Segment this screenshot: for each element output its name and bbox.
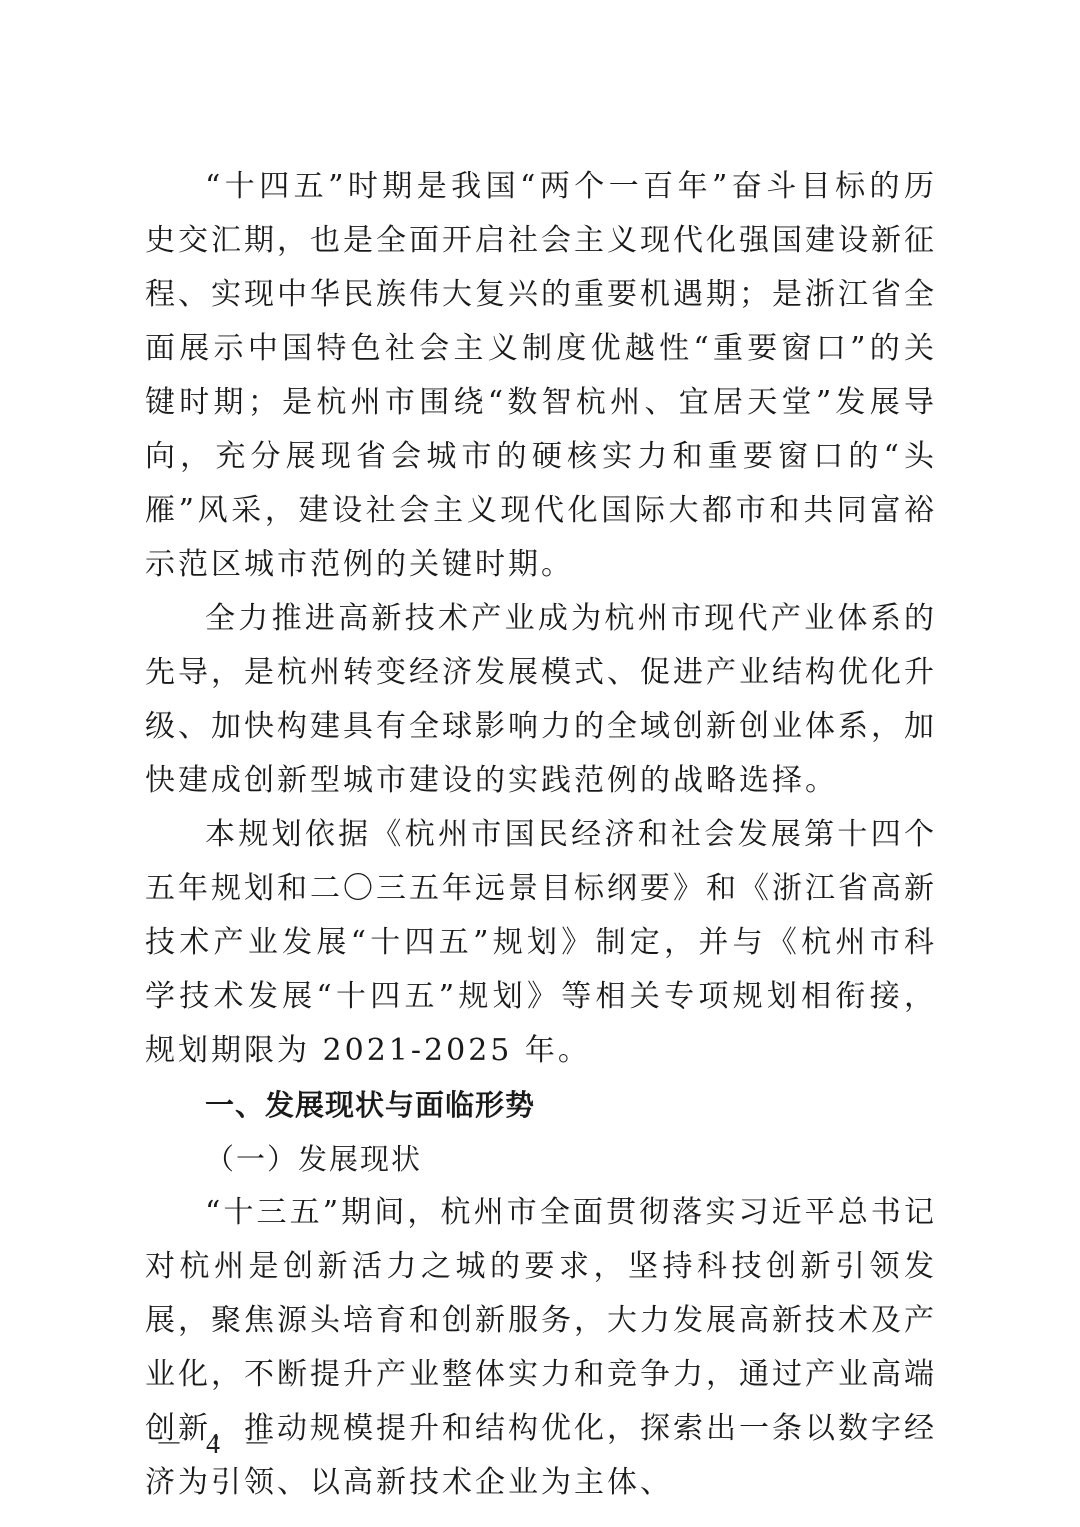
page-number: － 4 － [155,1422,279,1462]
section-heading: 一、发展现状与面临形势 [145,1078,937,1132]
paragraph-context: “十四五”时期是我国“两个一百年”奋斗目标的历史交汇期，也是全面开启社会主义现代… [145,160,937,592]
document-page: “十四五”时期是我国“两个一百年”奋斗目标的历史交汇期，也是全面开启社会主义现代… [145,160,937,1510]
subsection-heading: （一）发展现状 [145,1132,937,1186]
paragraph-basis: 本规划依据《杭州市国民经济和社会发展第十四个五年规划和二〇三五年远景目标纲要》和… [145,808,937,1078]
paragraph-strategy: 全力推进高新技术产业成为杭州市现代产业体系的先导，是杭州转变经济发展模式、促进产… [145,592,937,808]
